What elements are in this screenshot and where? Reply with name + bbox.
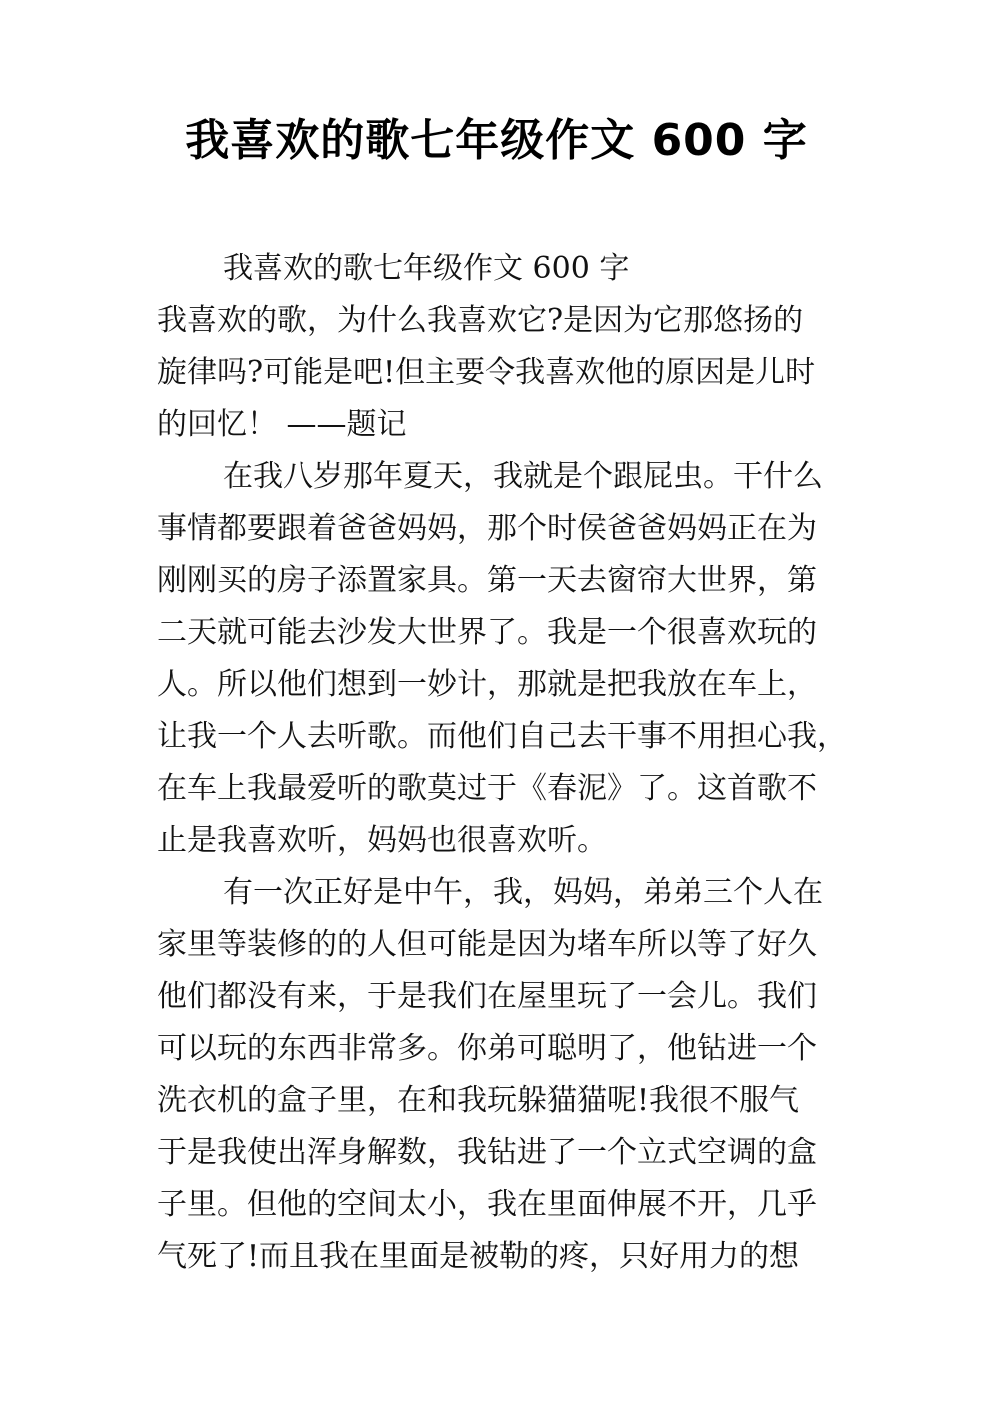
- text-line: 让我一个人去听歌。而他们自己去干事不用担心我，: [157, 711, 857, 763]
- paragraph-body-paragraph-1: 在我八岁那年夏天，我就是个跟屁虫。干什么事情都要跟着爸爸妈妈，那个时侯爸爸妈妈正…: [157, 451, 857, 867]
- text-line: 在车上我最爱听的歌莫过于《春泥》了。这首歌不: [157, 763, 857, 815]
- text-line: 子里。但他的空间太小，我在里面伸展不开，几乎: [157, 1179, 857, 1231]
- text-line: 止是我喜欢听，妈妈也很喜欢听。: [157, 815, 857, 867]
- text-line: 旋律吗?可能是吧!但主要令我喜欢他的原因是儿时: [157, 347, 857, 399]
- paragraph-body-paragraph-2: 有一次正好是中午，我，妈妈，弟弟三个人在家里等装修的的人但可能是因为堵车所以等了…: [157, 867, 857, 1283]
- text-line: 家里等装修的的人但可能是因为堵车所以等了好久: [157, 919, 857, 971]
- document-title: 我喜欢的歌七年级作文 600 字: [0, 112, 993, 170]
- text-line: 可以玩的东西非常多。你弟可聪明了，他钻进一个: [157, 1023, 857, 1075]
- paragraph-subtitle: 我喜欢的歌七年级作文 600 字: [157, 243, 857, 295]
- text-line: 人。所以他们想到一妙计，那就是把我放在车上，: [157, 659, 857, 711]
- paragraph-preface: 我喜欢的歌，为什么我喜欢它?是因为它那悠扬的旋律吗?可能是吧!但主要令我喜欢他的…: [157, 295, 857, 451]
- text-line: 我喜欢的歌，为什么我喜欢它?是因为它那悠扬的: [157, 295, 857, 347]
- text-line: 在我八岁那年夏天，我就是个跟屁虫。干什么: [157, 451, 857, 503]
- text-line: 刚刚买的房子添置家具。第一天去窗帘大世界，第: [157, 555, 857, 607]
- text-line: 气死了!而且我在里面是被勒的疼，只好用力的想: [157, 1231, 857, 1283]
- text-line: 的回忆！ ——题记: [157, 399, 857, 451]
- text-line: 有一次正好是中午，我，妈妈，弟弟三个人在: [157, 867, 857, 919]
- document-page: 我喜欢的歌七年级作文 600 字 我喜欢的歌七年级作文 600 字我喜欢的歌，为…: [0, 0, 993, 1404]
- text-line: 于是我使出浑身解数，我钻进了一个立式空调的盒: [157, 1127, 857, 1179]
- text-line: 洗衣机的盒子里，在和我玩躲猫猫呢!我很不服气: [157, 1075, 857, 1127]
- text-line: 他们都没有来，于是我们在屋里玩了一会儿。我们: [157, 971, 857, 1023]
- text-line: 我喜欢的歌七年级作文 600 字: [157, 243, 857, 295]
- document-body: 我喜欢的歌七年级作文 600 字我喜欢的歌，为什么我喜欢它?是因为它那悠扬的旋律…: [157, 243, 857, 1283]
- text-line: 事情都要跟着爸爸妈妈，那个时侯爸爸妈妈正在为: [157, 503, 857, 555]
- text-line: 二天就可能去沙发大世界了。我是一个很喜欢玩的: [157, 607, 857, 659]
